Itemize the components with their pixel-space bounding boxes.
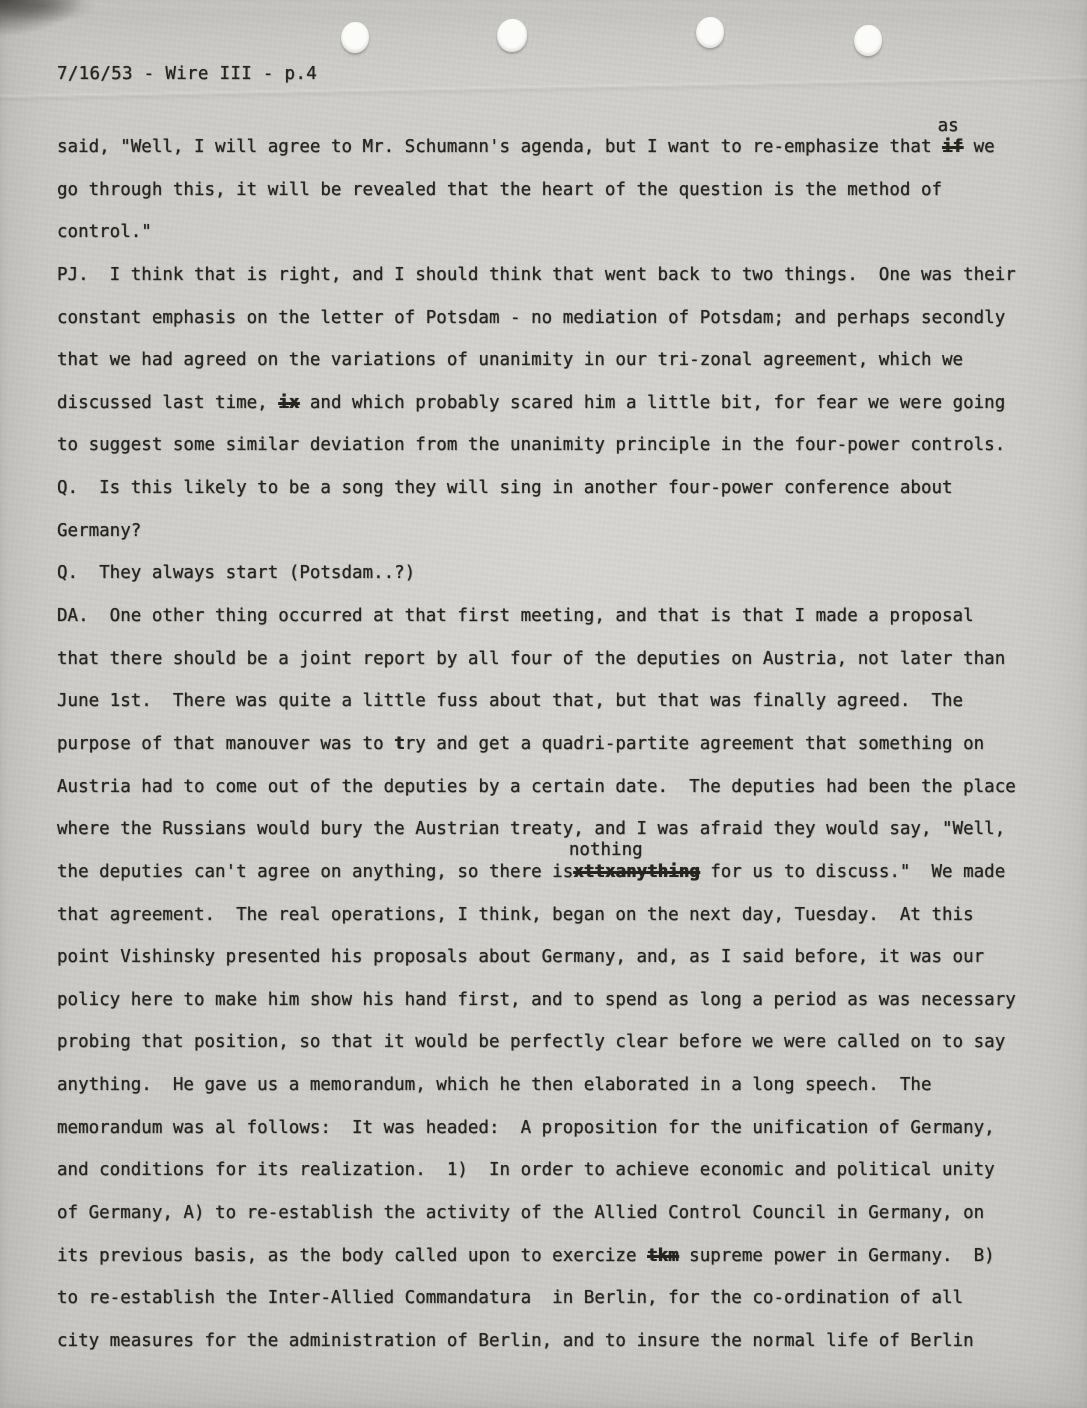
text-line: PJ. I think that is right, and I should … — [57, 254, 1071, 297]
text-line: to suggest some similar deviation from t… — [57, 424, 1071, 467]
text-line: constant emphasis on the letter of Potsd… — [57, 297, 1071, 340]
text-line: city measures for the administration of … — [57, 1320, 1071, 1363]
text-line: that there should be a joint report by a… — [57, 638, 1071, 681]
text-line: policy here to make him show his hand fi… — [57, 979, 1071, 1022]
text-line: said, "Well, I will agree to Mr. Schuman… — [57, 126, 1071, 169]
text-line: where the Russians would bury the Austri… — [57, 808, 1071, 851]
inserted-word-above: as — [938, 118, 959, 136]
page-header: 7/16/53 - Wire III - p.4 — [57, 64, 317, 84]
text-line: the deputies can't agree on anything, so… — [57, 851, 1071, 894]
text-line: anything. He gave us a memorandum, which… — [57, 1064, 1071, 1107]
text-line: purpose of that manouver was to try and … — [57, 723, 1071, 766]
punch-hole — [497, 19, 527, 52]
text-line: point Vishinsky presented his proposals … — [57, 936, 1071, 979]
punch-hole — [854, 25, 882, 56]
text-line: of Germany, A) to re-establish the activ… — [57, 1192, 1071, 1235]
text-line: June 1st. There was quite a little fuss … — [57, 680, 1071, 723]
punch-hole — [696, 17, 724, 48]
text-line: to re-establish the Inter-Allied Command… — [57, 1277, 1071, 1320]
text-line: that we had agreed on the variations of … — [57, 339, 1071, 382]
text-line: DA. One other thing occurred at that fir… — [57, 595, 1071, 638]
text-line: Q. They always start (Potsdam..?) — [57, 552, 1071, 595]
text-line: probing that position, so that it would … — [57, 1021, 1071, 1064]
punch-hole — [341, 22, 369, 53]
typed-correction: asif — [942, 137, 963, 157]
text-line: control." — [57, 211, 1071, 254]
text-line: Q. Is this likely to be a song they will… — [57, 467, 1071, 510]
text-line: its previous basis, as the body called u… — [57, 1235, 1071, 1278]
text-line: and conditions for its realization. 1) I… — [57, 1149, 1071, 1192]
inserted-word-above: nothing — [569, 842, 643, 860]
text-line: memorandum was al follows: It was headed… — [57, 1107, 1071, 1150]
document-body: said, "Well, I will agree to Mr. Schuman… — [57, 126, 1071, 1363]
text-line: that agreement. The real operations, I t… — [57, 894, 1071, 937]
document-page: 7/16/53 - Wire III - p.4 said, "Well, I … — [0, 0, 1087, 1408]
text-line: Germany? — [57, 510, 1071, 553]
text-line: discussed last time, ix and which probab… — [57, 382, 1071, 425]
typed-correction: nothingxttxanything — [573, 862, 699, 882]
text-line: go through this, it will be revealed tha… — [57, 169, 1071, 212]
text-line: Austria had to come out of the deputies … — [57, 766, 1071, 809]
